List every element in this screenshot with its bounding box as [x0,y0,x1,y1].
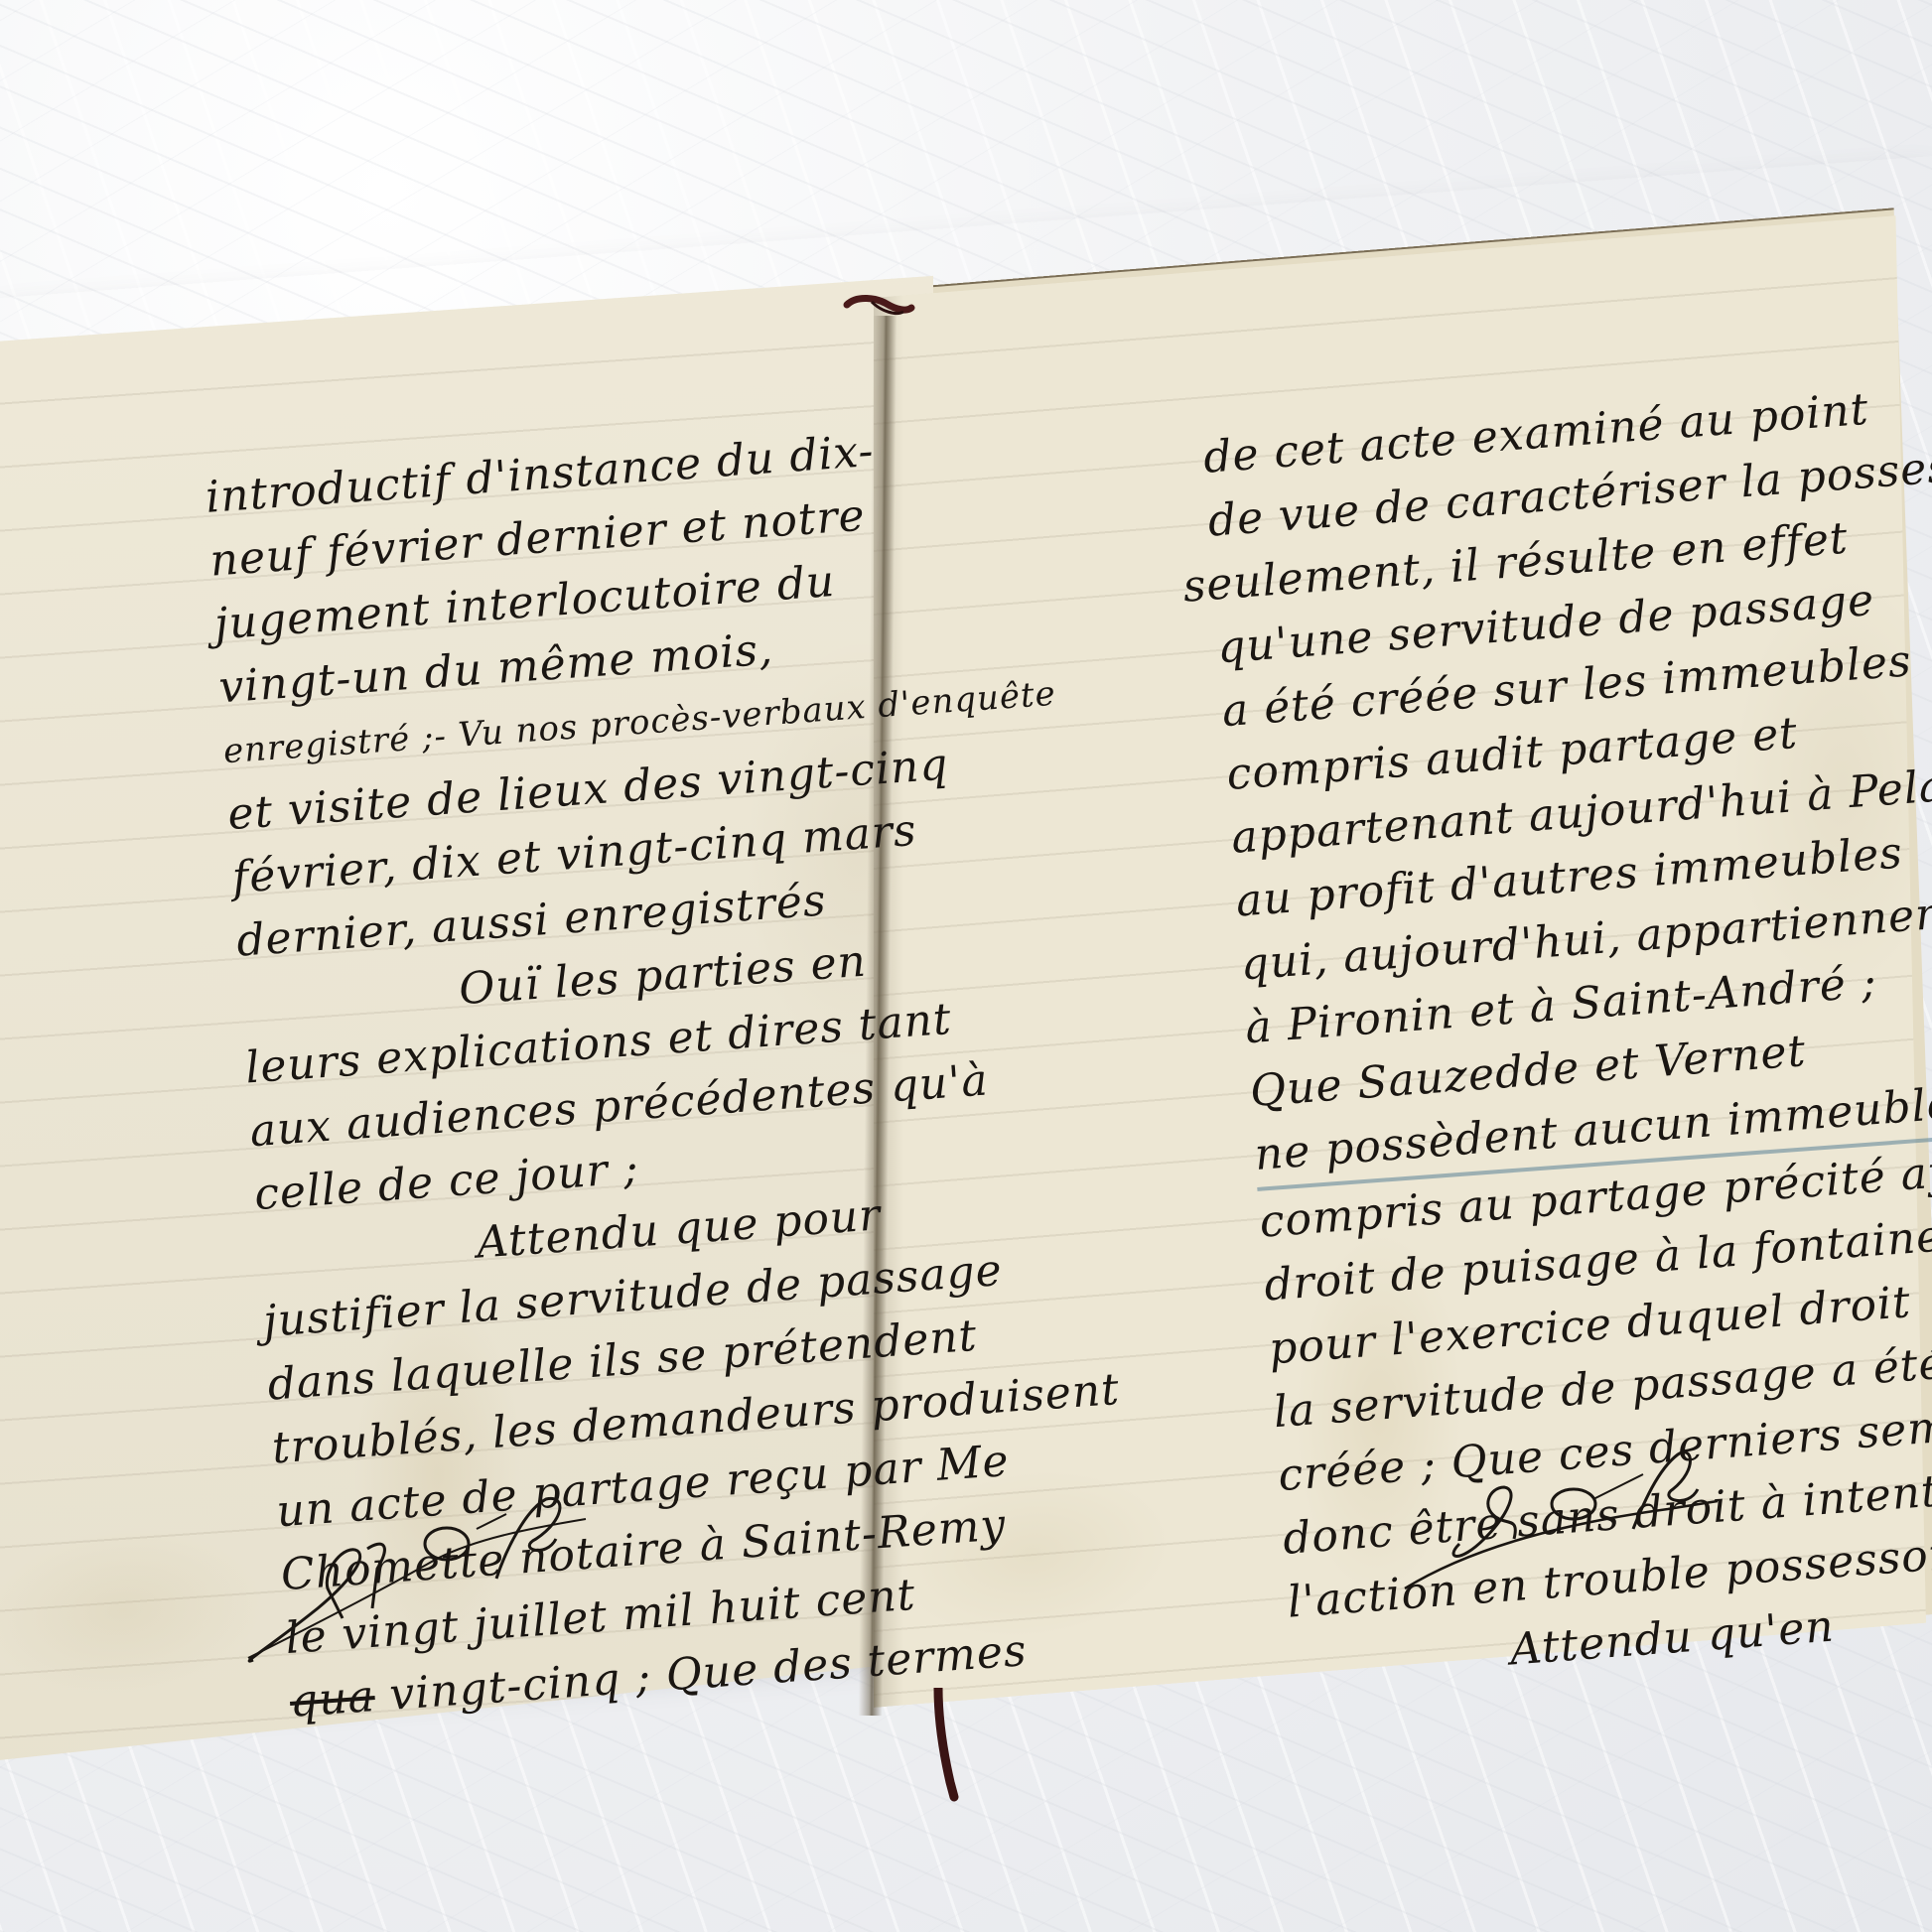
right-page-signature [1390,1430,1767,1608]
left-page-signature [228,1489,625,1688]
binding-thread-bottom [928,1688,968,1811]
binding-thread-top [842,290,921,334]
